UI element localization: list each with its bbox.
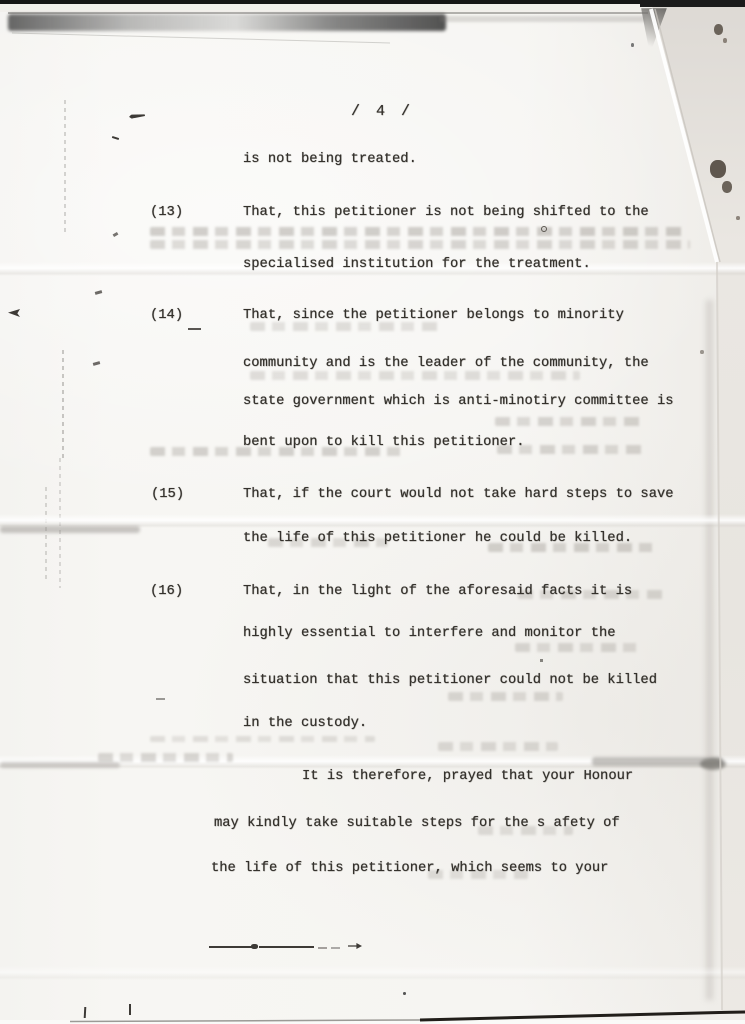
page-bottom-edge-faint [70,1020,420,1022]
bottom-dash [259,946,314,948]
scan-speck [714,24,723,35]
scan-speck [403,992,406,995]
paragraph-15-number: (15) [151,487,184,502]
paragraph-16-line-4: in the custody. [243,716,367,731]
bottom-dash [331,947,340,949]
photocopy-smudge-tail [440,16,645,22]
closing-line-3: the life of this petitioner, which seems… [211,861,608,876]
right-edge-shadow [706,300,713,1000]
bleed-through-text [438,742,558,751]
bottom-dash-dot [251,944,258,949]
stray-mark [540,659,543,662]
bottom-dash [318,947,327,949]
bleed-through-text [250,371,580,380]
bleed-through-text [448,692,563,701]
vertical-crease [62,350,64,458]
scan-speck [736,216,740,220]
scan-speck [722,181,732,193]
paragraph-13-line-1: That, this petitioner is not being shift… [243,205,649,220]
vertical-crease [45,487,47,582]
paragraph-16-line-2: highly essential to interfere and monito… [243,626,616,641]
paragraph-14-line-3: state government which is anti-minotiry … [243,394,674,409]
bleed-through-text [150,240,690,249]
horizontal-crease [0,966,745,980]
bottom-dash [209,946,253,948]
paragraph-16-number: (16) [150,584,183,599]
closing-line-1: It is therefore, prayed that your Honour [302,769,633,784]
scan-speck [723,38,727,43]
crease-streak [0,762,120,768]
scan-speck [700,350,704,354]
bleed-through-text [495,417,645,426]
page-number: / 4 / [351,104,414,119]
paragraph-14-line-1: That, since the petitioner belongs to mi… [243,308,624,323]
scanned-page: / 4 / is not being treated. (13) That, t… [0,0,745,1024]
bleed-through-text [98,753,233,762]
paragraph-13-line-2: specialised institution for the treatmen… [243,257,591,272]
crease-streak [0,526,140,533]
closing-line-2: may kindly take suitable steps for the s… [214,816,620,831]
degree-mark [541,226,547,232]
vertical-crease [64,100,66,232]
paragraph-16-line-3: situation that this petitioner could not… [243,673,657,688]
body-line-intro: is not being treated. [243,152,417,167]
bleed-through-text [150,736,375,742]
scan-speck [631,43,634,47]
paragraph-15-line-2: the life of this petitioner he could be … [243,531,632,546]
paragraph-13-number: (13) [150,205,183,220]
photocopy-smudge-band [8,14,446,31]
bleed-through-text [515,643,640,652]
stray-mark [156,698,165,700]
bleed-through-text [250,322,440,331]
underline-mark [188,328,201,330]
paragraph-15-line-1: That, if the court would not take hard s… [243,487,674,502]
bleed-through-text [150,227,685,236]
paragraph-16-line-1: That, in the light of the aforesaid fact… [243,584,632,599]
scan-speck [710,160,726,178]
paragraph-14-line-4: bent upon to kill this petitioner. [243,435,525,450]
fold-knot-shadow [700,758,726,770]
paragraph-14-number: (14) [150,308,183,323]
scan-edge-top [0,0,745,4]
bottom-tick [129,1004,131,1015]
paragraph-14-line-2: community and is the leader of the commu… [243,356,649,371]
scan-edge-top-right [640,0,745,7]
